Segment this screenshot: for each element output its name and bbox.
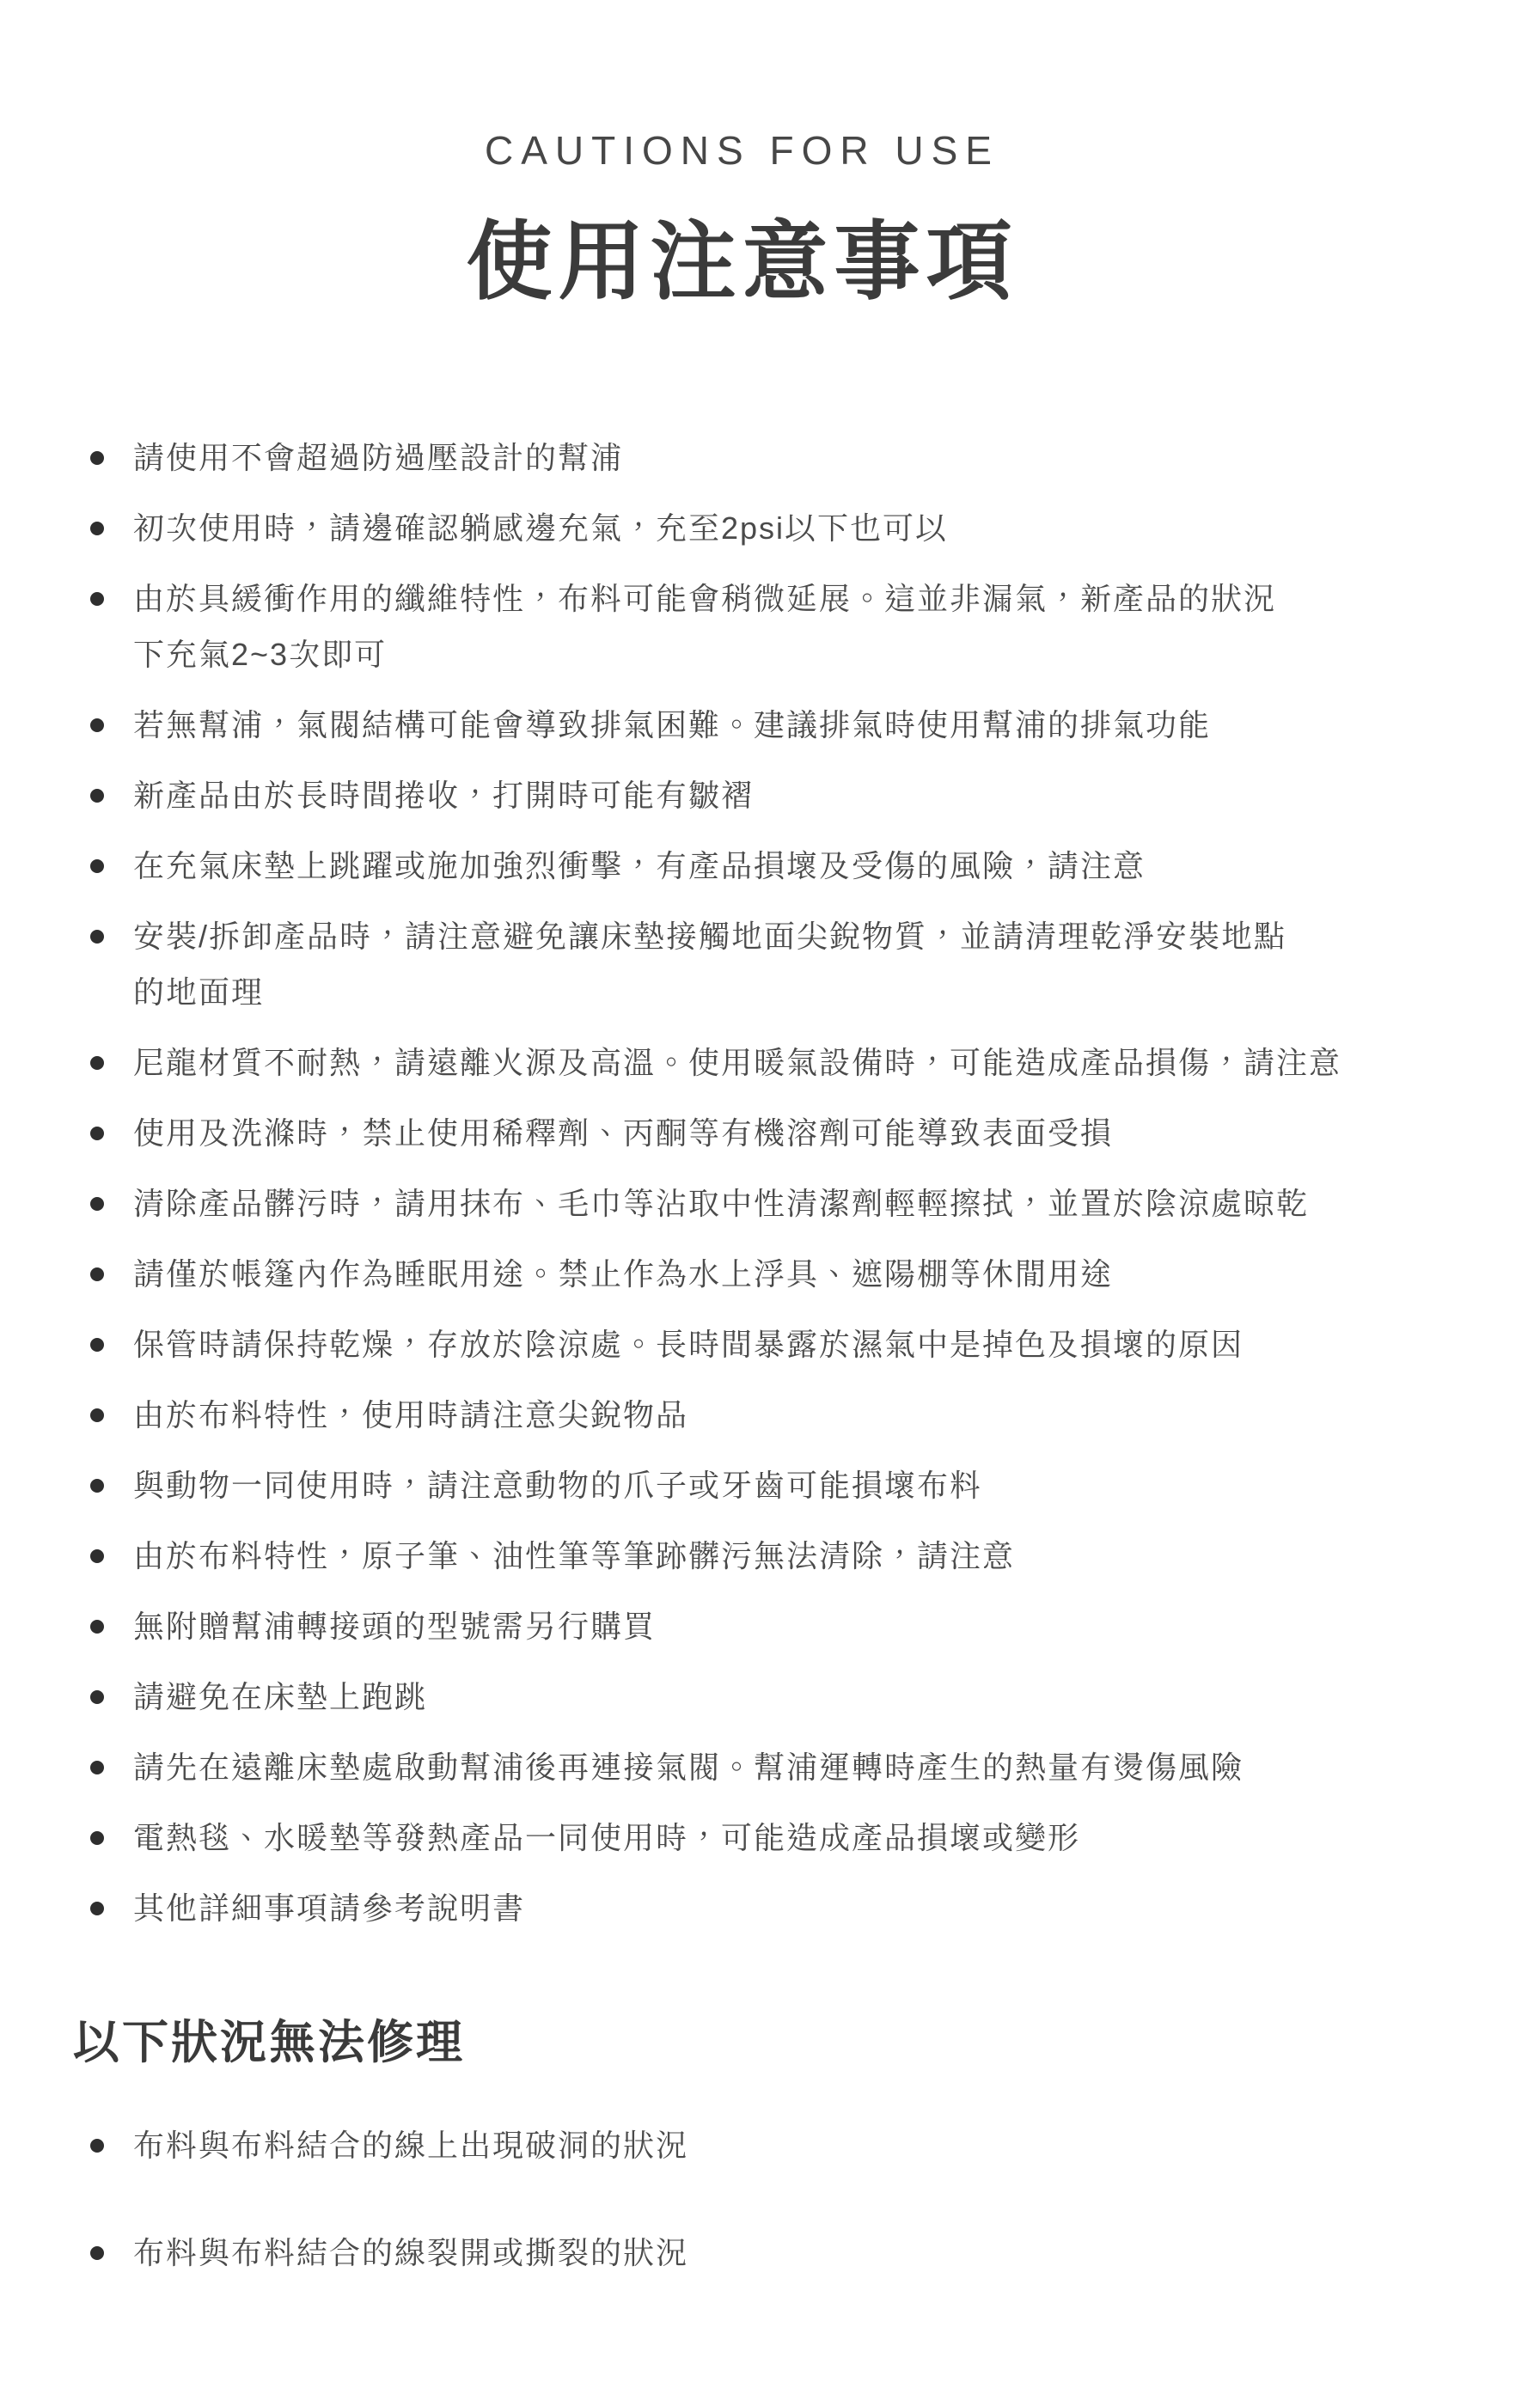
list-item: 布料與布料結合的線上出現破洞的狀況 bbox=[90, 2117, 1394, 2173]
bullet-dot-icon bbox=[90, 718, 104, 732]
list-item-text: 在充氣床墊上跳躍或施加強烈衝擊，有產品損壞及受傷的風險，請注意 bbox=[133, 838, 1146, 894]
list-item-text: 與動物一同使用時，請注意動物的爪子或牙齒可能損壞布料 bbox=[133, 1457, 982, 1513]
list-item-text: 無附贈幫浦轉接頭的型號需另行購買 bbox=[133, 1598, 656, 1654]
list-item-text: 請僅於帳篷內作為睡眠用途。禁止作為水上浮具、遮陽棚等休閒用途 bbox=[133, 1246, 1113, 1302]
list-item: 請使用不會超過防過壓設計的幫浦 bbox=[90, 430, 1394, 486]
list-item: 清除產品髒污時，請用抹布、毛巾等沾取中性清潔劑輕輕擦拭，並置於陰涼處晾乾 bbox=[90, 1176, 1394, 1231]
bullet-dot-icon bbox=[90, 1831, 104, 1845]
bullet-dot-icon bbox=[90, 1902, 104, 1915]
list-item-text: 由於布料特性，原子筆、油性筆等筆跡髒污無法清除，請注意 bbox=[133, 1528, 1015, 1584]
list-item: 安裝/拆卸產品時，請注意避免讓床墊接觸地面尖銳物質，並請清理乾淨安裝地點 的地面… bbox=[90, 908, 1394, 1020]
list-item-text: 布料與布料結合的線裂開或撕裂的狀況 bbox=[133, 2225, 688, 2281]
list-item: 若無幫浦，氣閥結構可能會導致排氣困難。建議排氣時使用幫浦的排氣功能 bbox=[90, 697, 1394, 753]
bullet-dot-icon bbox=[90, 2139, 104, 2153]
list-item-text: 若無幫浦，氣閥結構可能會導致排氣困難。建議排氣時使用幫浦的排氣功能 bbox=[133, 697, 1211, 753]
list-item: 請先在遠離床墊處啟動幫浦後再連接氣閥。幫浦運轉時產生的熱量有燙傷風險 bbox=[90, 1739, 1394, 1795]
list-item: 初次使用時，請邊確認躺感邊充氣，充至2psi以下也可以 bbox=[90, 500, 1394, 556]
list-item-text: 使用及洗滌時，禁止使用稀釋劑、丙酮等有機溶劑可能導致表面受損 bbox=[133, 1105, 1113, 1161]
bullet-dot-icon bbox=[90, 1267, 104, 1281]
list-item: 無附贈幫浦轉接頭的型號需另行購買 bbox=[90, 1598, 1394, 1654]
unrepairable-heading: 以下狀況無法修理 bbox=[73, 2015, 1394, 2071]
bullet-dot-icon bbox=[90, 522, 104, 535]
list-item-text: 初次使用時，請邊確認躺感邊充氣，充至2psi以下也可以 bbox=[133, 500, 948, 556]
list-item-text: 其他詳細事項請參考說明書 bbox=[133, 1880, 525, 1936]
bullet-dot-icon bbox=[90, 451, 104, 465]
list-item: 由於布料特性，原子筆、油性筆等筆跡髒污無法清除，請注意 bbox=[90, 1528, 1394, 1584]
bullet-dot-icon bbox=[90, 1408, 104, 1422]
cautions-list: 請使用不會超過防過壓設計的幫浦初次使用時，請邊確認躺感邊充氣，充至2psi以下也… bbox=[90, 430, 1394, 1936]
list-item-text: 電熱毯、水暖墊等發熱產品一同使用時，可能造成產品損壞或變形 bbox=[133, 1810, 1080, 1866]
cautions-page: CAUTIONS FOR USE 使用注意事項 請使用不會超過防過壓設計的幫浦初… bbox=[90, 129, 1394, 2281]
unrepairable-list: 布料與布料結合的線上出現破洞的狀況布料與布料結合的線裂開或撕裂的狀況 bbox=[90, 2117, 1394, 2281]
page-header: CAUTIONS FOR USE 使用注意事項 bbox=[90, 129, 1394, 308]
bullet-dot-icon bbox=[90, 1549, 104, 1563]
bullet-dot-icon bbox=[90, 930, 104, 944]
list-item-text: 保管時請保持乾燥，存放於陰涼處。長時間暴露於濕氣中是掉色及損壞的原因 bbox=[133, 1316, 1244, 1372]
list-item: 尼龍材質不耐熱，請遠離火源及高溫。使用暖氣設備時，可能造成產品損傷，請注意 bbox=[90, 1035, 1394, 1090]
bullet-dot-icon bbox=[90, 1620, 104, 1634]
bullet-dot-icon bbox=[90, 1690, 104, 1704]
list-item: 由於布料特性，使用時請注意尖銳物品 bbox=[90, 1387, 1394, 1443]
list-item-text: 安裝/拆卸產品時，請注意避免讓床墊接觸地面尖銳物質，並請清理乾淨安裝地點 的地面… bbox=[133, 908, 1286, 1020]
bullet-dot-icon bbox=[90, 1338, 104, 1352]
list-item-text: 布料與布料結合的線上出現破洞的狀況 bbox=[133, 2117, 688, 2173]
list-item: 使用及洗滌時，禁止使用稀釋劑、丙酮等有機溶劑可能導致表面受損 bbox=[90, 1105, 1394, 1161]
bullet-dot-icon bbox=[90, 1761, 104, 1774]
bullet-dot-icon bbox=[90, 1127, 104, 1140]
list-item: 請僅於帳篷內作為睡眠用途。禁止作為水上浮具、遮陽棚等休閒用途 bbox=[90, 1246, 1394, 1302]
list-item-text: 由於具緩衝作用的纖維特性，布料可能會稍微延展。這並非漏氣，新產品的狀況 下充氣2… bbox=[133, 571, 1276, 682]
list-item-text: 請避免在床墊上跑跳 bbox=[133, 1669, 427, 1725]
list-item: 由於具緩衝作用的纖維特性，布料可能會稍微延展。這並非漏氣，新產品的狀況 下充氣2… bbox=[90, 571, 1394, 682]
list-item-text: 請使用不會超過防過壓設計的幫浦 bbox=[133, 430, 623, 486]
section-eyebrow: CAUTIONS FOR USE bbox=[90, 129, 1394, 173]
bullet-dot-icon bbox=[90, 2246, 104, 2260]
bullet-dot-icon bbox=[90, 592, 104, 606]
bullet-dot-icon bbox=[90, 859, 104, 873]
list-item: 布料與布料結合的線裂開或撕裂的狀況 bbox=[90, 2225, 1394, 2281]
list-item: 保管時請保持乾燥，存放於陰涼處。長時間暴露於濕氣中是掉色及損壞的原因 bbox=[90, 1316, 1394, 1372]
page-title: 使用注意事項 bbox=[90, 217, 1394, 308]
list-item: 電熱毯、水暖墊等發熱產品一同使用時，可能造成產品損壞或變形 bbox=[90, 1810, 1394, 1866]
list-item: 在充氣床墊上跳躍或施加強烈衝擊，有產品損壞及受傷的風險，請注意 bbox=[90, 838, 1394, 894]
list-item-text: 尼龍材質不耐熱，請遠離火源及高溫。使用暖氣設備時，可能造成產品損傷，請注意 bbox=[133, 1035, 1341, 1090]
list-item-text: 新產品由於長時間捲收，打開時可能有皺褶 bbox=[133, 767, 754, 823]
bullet-dot-icon bbox=[90, 1479, 104, 1493]
bullet-dot-icon bbox=[90, 1056, 104, 1070]
list-item-text: 由於布料特性，使用時請注意尖銳物品 bbox=[133, 1387, 688, 1443]
list-item: 與動物一同使用時，請注意動物的爪子或牙齒可能損壞布料 bbox=[90, 1457, 1394, 1513]
list-item: 新產品由於長時間捲收，打開時可能有皺褶 bbox=[90, 767, 1394, 823]
list-item: 其他詳細事項請參考說明書 bbox=[90, 1880, 1394, 1936]
list-item-text: 清除產品髒污時，請用抹布、毛巾等沾取中性清潔劑輕輕擦拭，並置於陰涼處晾乾 bbox=[133, 1176, 1309, 1231]
list-item: 請避免在床墊上跑跳 bbox=[90, 1669, 1394, 1725]
list-item-text: 請先在遠離床墊處啟動幫浦後再連接氣閥。幫浦運轉時產生的熱量有燙傷風險 bbox=[133, 1739, 1244, 1795]
bullet-dot-icon bbox=[90, 789, 104, 803]
bullet-dot-icon bbox=[90, 1197, 104, 1211]
